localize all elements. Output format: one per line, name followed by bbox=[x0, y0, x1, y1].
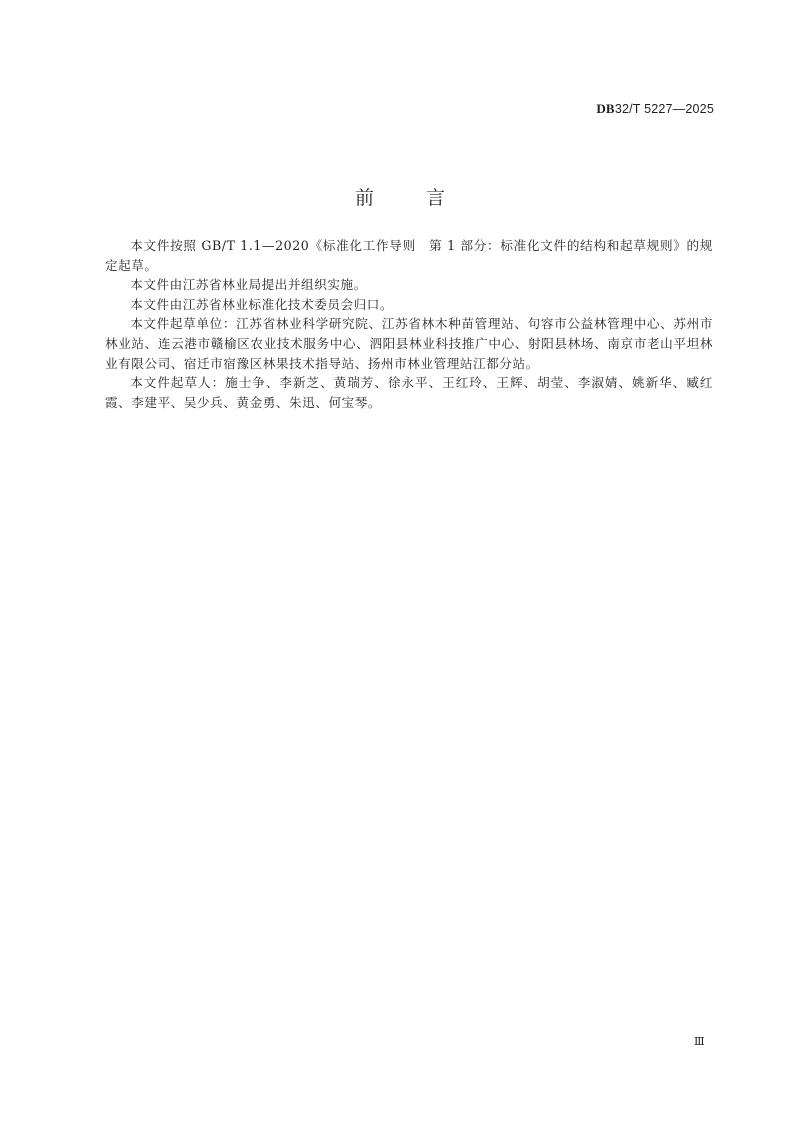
standard-code: 32/T 5227—2025 bbox=[615, 102, 714, 116]
page-title: 前言 bbox=[0, 183, 800, 210]
standard-prefix: DB bbox=[596, 101, 614, 116]
paragraph-proposer: 本文件由江苏省林业局提出并组织实施。 bbox=[105, 275, 713, 295]
title-char-2: 言 bbox=[426, 183, 445, 210]
paragraph-drafting-units: 本文件起草单位：江苏省林业科学研究院、江苏省林木种苗管理站、句容市公益林管理中心… bbox=[105, 314, 713, 373]
paragraph-drafting-rules: 本文件按照 GB/T 1.1—2020《标准化工作导则 第 1 部分：标准化文件… bbox=[105, 236, 713, 275]
title-char-1: 前 bbox=[355, 183, 374, 210]
paragraph-committee: 本文件由江苏省林业标准化技术委员会归口。 bbox=[105, 295, 713, 315]
standard-number: DB32/T 5227—2025 bbox=[596, 101, 714, 117]
foreword-body: 本文件按照 GB/T 1.1—2020《标准化工作导则 第 1 部分：标准化文件… bbox=[105, 236, 713, 412]
paragraph-drafters: 本文件起草人：施士争、李新芝、黄瑞芳、徐永平、王红玲、王辉、胡莹、李淑婧、姚新华… bbox=[105, 373, 713, 412]
page-number: Ⅲ bbox=[694, 1035, 705, 1048]
